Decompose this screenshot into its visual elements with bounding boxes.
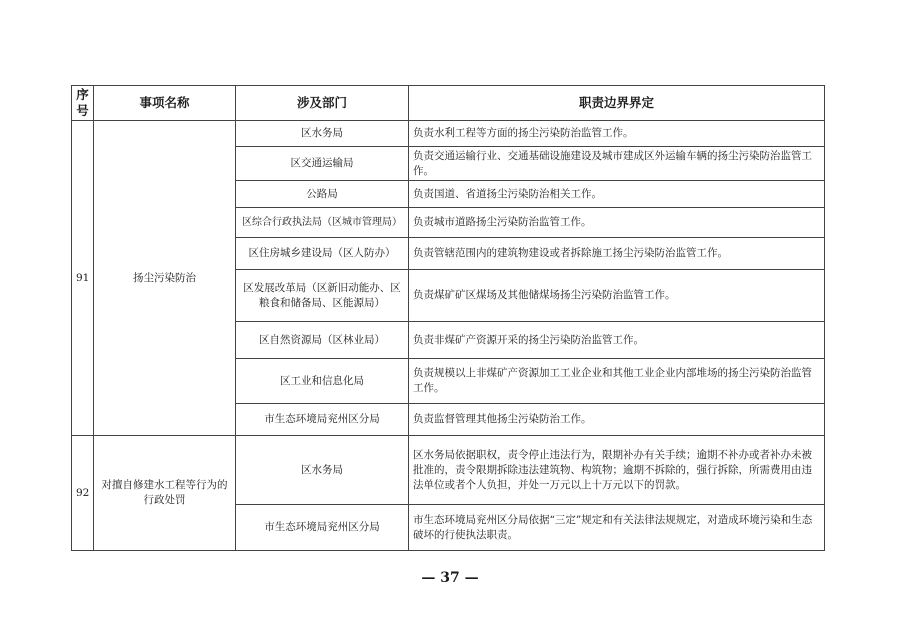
responsibility-cell: 市生态环境局兖州区分局依据“三定”规定和有关法律法规规定，对造成环境污染和生态破… [409,505,825,551]
responsibility-cell: 负责非煤矿产资源开采的扬尘污染防治监管工作。 [409,322,825,359]
responsibility-cell: 负责管辖范围内的建筑物建设或者拆除施工扬尘污染防治监管工作。 [409,238,825,270]
header-responsibility: 职责边界界定 [409,86,825,121]
item-no: 91 [72,121,94,436]
department-cell: 区水务局 [236,436,409,505]
department-cell: 区自然资源局（区林业局） [236,322,409,359]
table-row: 91 扬尘污染防治 区水务局 负责水利工程等方面的扬尘污染防治监管工作。 [72,121,825,147]
item-no: 92 [72,436,94,551]
item-name: 对擅自修建水工程等行为的行政处罚 [94,436,236,551]
responsibility-cell: 负责规模以上非煤矿产资源加工工业企业和其他工业企业内部堆场的扬尘污染防治监管工作… [409,359,825,404]
header-no-line2: 号 [76,103,89,118]
responsibility-cell: 负责城市道路扬尘污染防治监管工作。 [409,208,825,238]
department-cell: 公路局 [236,181,409,208]
page-number: — 37 — [0,570,900,586]
department-cell: 区发展改革局（区新旧动能办、区粮食和储备局、区能源局） [236,270,409,322]
header-item: 事项名称 [94,86,236,121]
header-no: 序号 [72,86,94,121]
department-cell: 市生态环境局兖州区分局 [236,404,409,436]
responsibility-cell: 负责水利工程等方面的扬尘污染防治监管工作。 [409,121,825,147]
department-cell: 区综合行政执法局（区城市管理局） [236,208,409,238]
table-row: 92 对擅自修建水工程等行为的行政处罚 区水务局 区水务局依据职权，责令停止违法… [72,436,825,505]
department-cell: 区交通运输局 [236,147,409,181]
header-no-line1: 序 [76,87,89,102]
item-name: 扬尘污染防治 [94,121,236,436]
responsibility-cell: 负责煤矿矿区煤场及其他储煤场扬尘污染防治监管工作。 [409,270,825,322]
department-cell: 区水务局 [236,121,409,147]
responsibility-table: 序号 事项名称 涉及部门 职责边界界定 91 扬尘污染防治 区水务局 负责水利工… [71,85,825,551]
responsibility-cell: 区水务局依据职权，责令停止违法行为，限期补办有关手续；逾期不补办或者补办未被批准… [409,436,825,505]
department-cell: 市生态环境局兖州区分局 [236,505,409,551]
responsibility-cell: 负责国道、省道扬尘污染防治相关工作。 [409,181,825,208]
department-cell: 区住房城乡建设局（区人防办） [236,238,409,270]
header-department: 涉及部门 [236,86,409,121]
table-header-row: 序号 事项名称 涉及部门 职责边界界定 [72,86,825,121]
responsibility-cell: 负责监督管理其他扬尘污染防治工作。 [409,404,825,436]
responsibility-cell: 负责交通运输行业、交通基础设施建设及城市建成区外运输车辆的扬尘污染防治监管工作。 [409,147,825,181]
department-cell: 区工业和信息化局 [236,359,409,404]
